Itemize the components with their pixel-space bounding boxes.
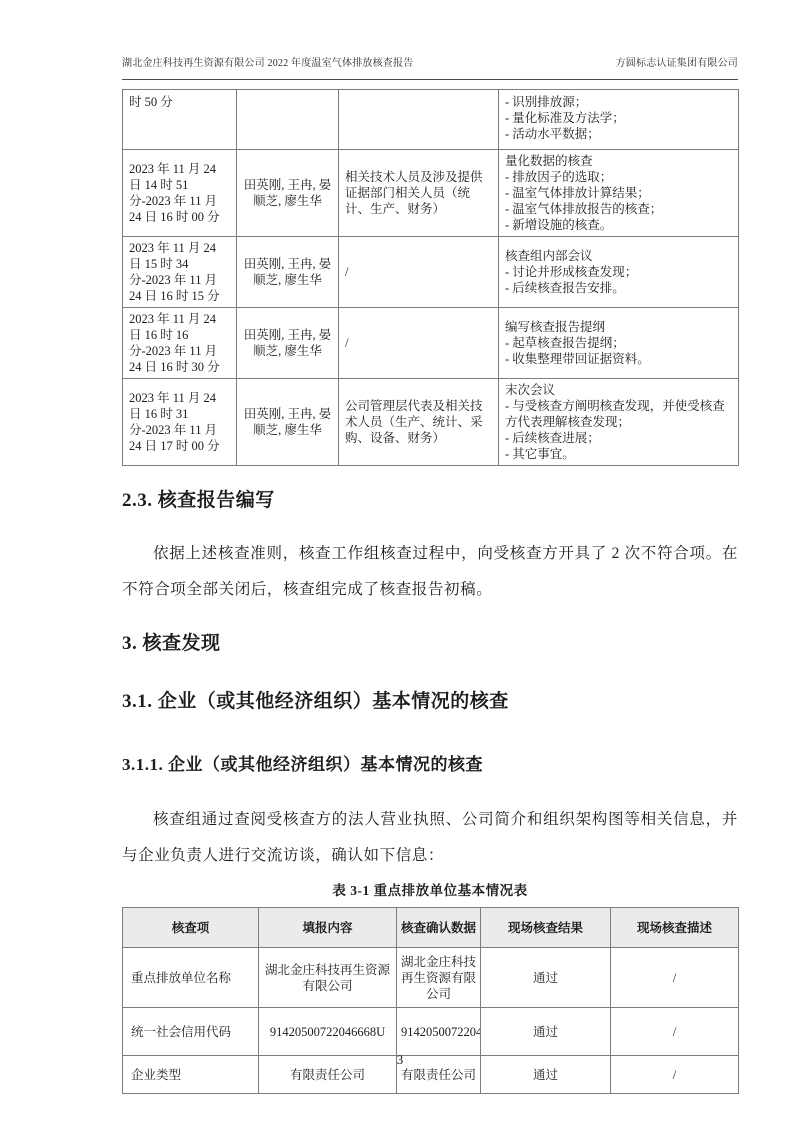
table-3-1-caption: 表 3-1 重点排放单位基本情况表: [122, 879, 738, 899]
header-cell-onsite-result: 现场核查结果: [481, 908, 611, 948]
section-heading-3-1-1: 3.1.1. 企业（或其他经济组织）基本情况的核查: [122, 750, 738, 775]
reported-cell: 91420500722046668U: [259, 1008, 397, 1056]
time-cell: 2023 年 11 月 24 日 14 时 51 分-2023 年 11 月 2…: [123, 150, 237, 237]
interviewees-cell: /: [339, 237, 499, 308]
verifiers-cell: 田英刚, 王冉, 晏顺芝, 廖生华: [237, 379, 339, 466]
schedule-row: 时 50 分 - 识别排放源； - 量化标准及方法学； - 活动水平数据；: [123, 90, 739, 150]
header-right-company: 方圆标志认证集团有限公司: [616, 54, 738, 69]
header-cell-confirmed: 核查确认数据: [397, 908, 481, 948]
page-number: 3: [0, 1052, 800, 1068]
time-cell: 2023 年 11 月 24 日 16 时 31 分-2023 年 11 月 2…: [123, 379, 237, 466]
paragraph-basic-info-check: 核查组通过查阅受核查方的法人营业执照、公司简介和组织架构图等相关信息，并与企业负…: [122, 802, 738, 874]
verifiers-cell: 田英刚, 王冉, 晏顺芝, 廖生华: [237, 150, 339, 237]
section-heading-3-1: 3.1. 企业（或其他经济组织）基本情况的核查: [122, 686, 738, 713]
header-cell-onsite-desc: 现场核查描述: [611, 908, 739, 948]
header-left-title: 湖北金庄科技再生资源有限公司 2022 年度温室气体排放核查报告: [122, 54, 413, 69]
section-heading-2-3: 2.3. 核查报告编写: [122, 485, 738, 512]
onsite-result-cell: 通过: [481, 948, 611, 1008]
activities-cell: 末次会议 - 与受核查方阐明核查发现，并使受核查方代表理解核查发现； - 后续核…: [499, 379, 739, 466]
paragraph-report-writing: 依据上述核查准则，核查工作组核查过程中，向受核查方开具了 2 次不符合项。在不符…: [122, 536, 738, 608]
header-cell-reported: 填报内容: [259, 908, 397, 948]
basic-info-row: 重点排放单位名称 湖北金庄科技再生资源有限公司 湖北金庄科技再生资源有限公司 通…: [123, 948, 739, 1008]
interviewees-cell: [339, 90, 499, 150]
activities-cell: - 识别排放源； - 量化标准及方法学； - 活动水平数据；: [499, 90, 739, 150]
verifiers-cell: [237, 90, 339, 150]
verifiers-cell: 田英刚, 王冉, 晏顺芝, 廖生华: [237, 308, 339, 379]
item-cell: 重点排放单位名称: [123, 948, 259, 1008]
verification-schedule-table: 时 50 分 - 识别排放源； - 量化标准及方法学； - 活动水平数据； 20…: [122, 89, 739, 466]
confirmed-cell: 湖北金庄科技再生资源有限公司: [397, 948, 481, 1008]
confirmed-cell: 91420500722046668U: [397, 1008, 481, 1056]
verifiers-cell: 田英刚, 王冉, 晏顺芝, 廖生华: [237, 237, 339, 308]
activities-cell: 核查组内部会议 - 讨论并形成核查发现； - 后续核查报告安排。: [499, 237, 739, 308]
activities-cell: 编写核查报告提纲 - 起草核查报告提纲； - 收集整理带回证据资料。: [499, 308, 739, 379]
time-cell: 2023 年 11 月 24 日 16 时 16 分-2023 年 11 月 2…: [123, 308, 237, 379]
reported-cell: 湖北金庄科技再生资源有限公司: [259, 948, 397, 1008]
item-cell: 统一社会信用代码: [123, 1008, 259, 1056]
activities-cell: 量化数据的核查 - 排放因子的选取； - 温室气体排放计算结果； - 温室气体排…: [499, 150, 739, 237]
section-heading-3: 3. 核查发现: [122, 628, 738, 655]
schedule-row: 2023 年 11 月 24 日 16 时 16 分-2023 年 11 月 2…: [123, 308, 739, 379]
time-cell: 2023 年 11 月 24 日 15 时 34 分-2023 年 11 月 2…: [123, 237, 237, 308]
basic-info-header-row: 核查项 填报内容 核查确认数据 现场核查结果 现场核查描述: [123, 908, 739, 948]
header-cell-item: 核查项: [123, 908, 259, 948]
onsite-desc-cell: /: [611, 1008, 739, 1056]
schedule-row: 2023 年 11 月 24 日 16 时 31 分-2023 年 11 月 2…: [123, 379, 739, 466]
interviewees-cell: /: [339, 308, 499, 379]
interviewees-cell: 公司管理层代表及相关技术人员（生产、统计、采购、设备、财务）: [339, 379, 499, 466]
basic-info-row: 统一社会信用代码 91420500722046668U 914205007220…: [123, 1008, 739, 1056]
schedule-row: 2023 年 11 月 24 日 14 时 51 分-2023 年 11 月 2…: [123, 150, 739, 237]
interviewees-cell: 相关技术人员及涉及提供证据部门相关人员（统计、生产、财务）: [339, 150, 499, 237]
running-header: 湖北金庄科技再生资源有限公司 2022 年度温室气体排放核查报告 方圆标志认证集…: [122, 0, 738, 80]
onsite-result-cell: 通过: [481, 1008, 611, 1056]
time-cell: 时 50 分: [123, 90, 237, 150]
schedule-row: 2023 年 11 月 24 日 15 时 34 分-2023 年 11 月 2…: [123, 237, 739, 308]
onsite-desc-cell: /: [611, 948, 739, 1008]
document-page: 湖北金庄科技再生资源有限公司 2022 年度温室气体排放核查报告 方圆标志认证集…: [0, 0, 800, 1131]
